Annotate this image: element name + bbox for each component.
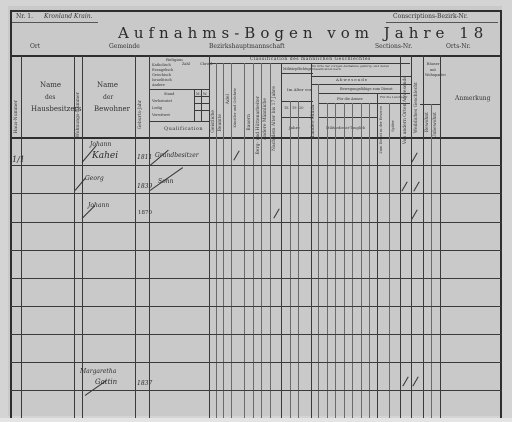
vline-c7 xyxy=(270,63,271,418)
house-types-header: Häuser mit Wohnpartei xyxy=(425,62,441,79)
vline-c10 xyxy=(318,84,319,418)
military-fit-label: Militärdienst-Tauglich xyxy=(326,127,365,131)
status-hline-1 xyxy=(194,96,210,97)
row-line-1 xyxy=(10,165,502,166)
vline-foreigners xyxy=(400,55,401,418)
form-number: Nr. 1. xyxy=(16,14,33,20)
col-resident-name-3: Bewohner xyxy=(94,106,130,113)
col-resident-name-2: der xyxy=(103,95,113,101)
status-vline-2 xyxy=(201,89,202,121)
frame-right xyxy=(500,10,502,418)
religion-col-1: Zahl xyxy=(182,63,190,67)
military-header: Militärpflichtige xyxy=(283,68,312,72)
non-resident-header: Im Orte der vorigen Aufnahme gehörig, un… xyxy=(312,65,402,71)
vline-owner xyxy=(74,55,75,418)
hdr-line-army xyxy=(318,103,410,104)
age-col-19: 19 xyxy=(292,107,296,111)
vline-c1 xyxy=(216,63,217,418)
vline-c9 xyxy=(311,63,312,418)
religion-header: Religion xyxy=(166,58,183,62)
vline-residence xyxy=(82,55,83,418)
row3-birth-year: 1870 xyxy=(138,210,152,216)
vline-c5 xyxy=(253,63,254,418)
crownland-underline xyxy=(12,22,98,23)
place-label: Ort xyxy=(30,44,40,50)
row-line-6 xyxy=(10,306,502,307)
army-label: Für die Armee xyxy=(337,98,363,102)
row-line-9 xyxy=(10,390,502,391)
row-line-5 xyxy=(10,278,502,279)
house-type-inhabited: Bewohnt xyxy=(425,112,430,132)
col-owner-name-2: des xyxy=(45,95,55,101)
vline-house xyxy=(21,55,22,418)
form-title: Aufnahms-Bogen vom Jahre 18 xyxy=(118,24,488,42)
county-label: Bezirkshauptmannschaft xyxy=(209,44,285,50)
absent-header: Abwesende xyxy=(336,78,368,82)
status-bottom xyxy=(150,121,210,122)
vline-remarks xyxy=(440,55,441,418)
vline-c6 xyxy=(261,63,262,418)
vline-birth xyxy=(149,55,150,418)
row1-resident-last: Kahei xyxy=(92,151,118,161)
vline-y6 xyxy=(369,103,370,418)
reserve-sub-1: Zum Dienst in der Reserve xyxy=(379,106,383,154)
age-header: Im Alter von xyxy=(287,88,312,92)
vline-y4 xyxy=(352,103,353,418)
religion-row-3: Griechisch xyxy=(152,74,171,78)
status-hline-2 xyxy=(194,103,210,104)
vline-age2 xyxy=(298,101,299,418)
class-col-4: Künstler und Gelehrte xyxy=(233,88,241,128)
row2-resident: Georg xyxy=(85,175,104,182)
vline-c3 xyxy=(231,63,232,418)
vline-qualification xyxy=(209,55,210,418)
class-col-5: Bauern xyxy=(247,114,252,131)
row1-house-number: 1/1 xyxy=(12,155,25,164)
vline-y2 xyxy=(335,103,336,418)
vline-female xyxy=(411,55,412,418)
place-number-label: Orts-Nr. xyxy=(446,44,471,50)
hdr-line-nonres xyxy=(311,76,411,77)
hdr-line-military xyxy=(281,73,313,74)
vline-y1 xyxy=(327,103,328,418)
row-line-3 xyxy=(10,222,502,223)
row-line-4 xyxy=(10,250,502,251)
age-col-20: 20 xyxy=(299,107,303,111)
vline-reserve xyxy=(389,103,390,418)
col-birth-year: Geburts-Jahr xyxy=(138,100,143,129)
foreigners-col: Von andern Orten Anwesende xyxy=(403,76,408,144)
house-type-uninhabited: Unbewohnt xyxy=(433,112,438,138)
district-underline xyxy=(386,22,498,23)
reserve-sub-2: Später xyxy=(391,120,395,132)
row-line-8 xyxy=(10,362,502,363)
vline-y5 xyxy=(361,103,362,418)
hdr-line-years xyxy=(281,117,313,118)
crownland-label: Kronland Krain. xyxy=(44,14,93,20)
remarks-label: Anmerkung xyxy=(455,96,491,102)
status-row-3: Verwitwet xyxy=(152,114,170,118)
frame-top xyxy=(10,10,502,12)
vline-age1 xyxy=(290,101,291,418)
in-province-header: Bewegungsfähige zum Dienst xyxy=(340,88,393,92)
status-header: Stand xyxy=(164,93,174,97)
col-owner-name-1: Name xyxy=(40,82,61,89)
class-col-8: Nach dem Alter bis 17 Jahre xyxy=(272,86,277,151)
vline-c8 xyxy=(281,63,282,418)
paper-edge xyxy=(0,418,512,422)
vline-y3 xyxy=(344,103,345,418)
status-vline-1 xyxy=(194,89,195,121)
hdr-line-province xyxy=(318,93,410,94)
row9-resident-first: Margaretha xyxy=(80,368,116,375)
row-line-2 xyxy=(10,193,502,194)
vline-y7 xyxy=(377,93,378,418)
classification-header: Classification des männlichen Geschlecht… xyxy=(250,58,371,63)
row9-birth-year: 1837 xyxy=(137,380,152,387)
vline-c4 xyxy=(244,63,245,418)
status-hline-3 xyxy=(194,110,210,111)
vline-resident xyxy=(135,55,136,418)
header-bottom-rule xyxy=(10,137,502,139)
col-residence-number: Wohnungs-Nummer xyxy=(76,92,81,138)
hdr-line-age xyxy=(281,101,313,102)
municipality-label: Gemeinde xyxy=(109,44,140,50)
class-col-7: Andere Männliche xyxy=(263,98,268,140)
female-col: Weibliches Geschlecht xyxy=(414,82,419,133)
religion-row-2: Evangelisch xyxy=(152,69,173,73)
qualification-label: Qualification xyxy=(164,127,203,132)
age-col-18: 18 xyxy=(284,107,288,111)
vline-c2 xyxy=(223,63,224,418)
vline-housetypes-mid xyxy=(431,104,432,418)
status-row-2: Ledig xyxy=(152,107,162,111)
status-row-1: Verheiratet xyxy=(152,100,172,104)
frame-left xyxy=(10,10,12,418)
district-label: Conscriptions-Bezirk-Nr. xyxy=(393,14,468,20)
row-line-7 xyxy=(10,334,502,335)
row1-birth-year: 1811 xyxy=(137,154,152,161)
section-label: Sections-Nr. xyxy=(375,44,412,50)
religion-row-1: Katholisch xyxy=(152,64,171,68)
vline-housetypes xyxy=(423,55,424,418)
hdr-line-absent xyxy=(311,84,411,85)
religion-row-4: Israelitisch xyxy=(152,79,172,83)
religion-row-5: Andere xyxy=(152,84,165,88)
col-house-number: Haus-Nummer xyxy=(14,100,19,134)
col-resident-name-1: Name xyxy=(97,82,118,89)
